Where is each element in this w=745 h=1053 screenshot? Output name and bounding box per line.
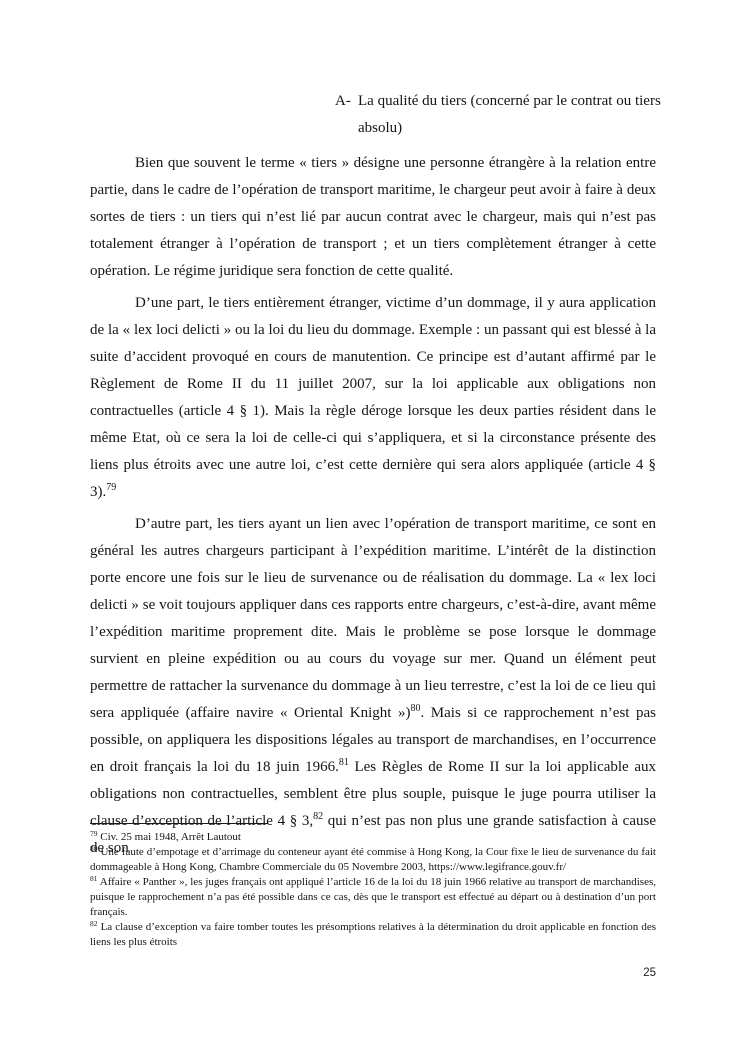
footnote-number: 82 xyxy=(90,919,98,928)
document-body: Bien que souvent le terme « tiers » dési… xyxy=(90,150,656,867)
footnote: 79 Civ. 25 mai 1948, Arrêt Lautout xyxy=(90,830,656,845)
footnote-separator xyxy=(90,823,268,824)
footnote-reference: 79 xyxy=(106,482,116,493)
footnote: 82 La clause d’exception va faire tomber… xyxy=(90,920,656,950)
footnote-number: 79 xyxy=(90,829,98,838)
heading-marker: A- xyxy=(335,88,358,142)
footnote-reference: 82 xyxy=(313,811,323,822)
footnote: 80 Une faute d’empotage et d’arrimage du… xyxy=(90,845,656,875)
paragraph: D’autre part, les tiers ayant un lien av… xyxy=(90,511,656,862)
paragraph: Bien que souvent le terme « tiers » dési… xyxy=(90,150,656,285)
footnote: 81 Affaire « Panther », les juges frança… xyxy=(90,875,656,920)
document-page: A- La qualité du tiers (concerné par le … xyxy=(0,0,745,1053)
footnote-reference: 80 xyxy=(410,703,420,714)
footnotes-section: 79 Civ. 25 mai 1948, Arrêt Lautout80 Une… xyxy=(90,830,656,950)
page-number: 25 xyxy=(643,967,656,979)
section-heading: A- La qualité du tiers (concerné par le … xyxy=(335,88,661,142)
footnote-reference: 81 xyxy=(339,757,349,768)
heading-text: La qualité du tiers (concerné par le con… xyxy=(358,88,661,142)
footnote-number: 81 xyxy=(90,874,98,883)
footnote-number: 80 xyxy=(90,844,98,853)
paragraph: D’une part, le tiers entièrement étrange… xyxy=(90,290,656,506)
